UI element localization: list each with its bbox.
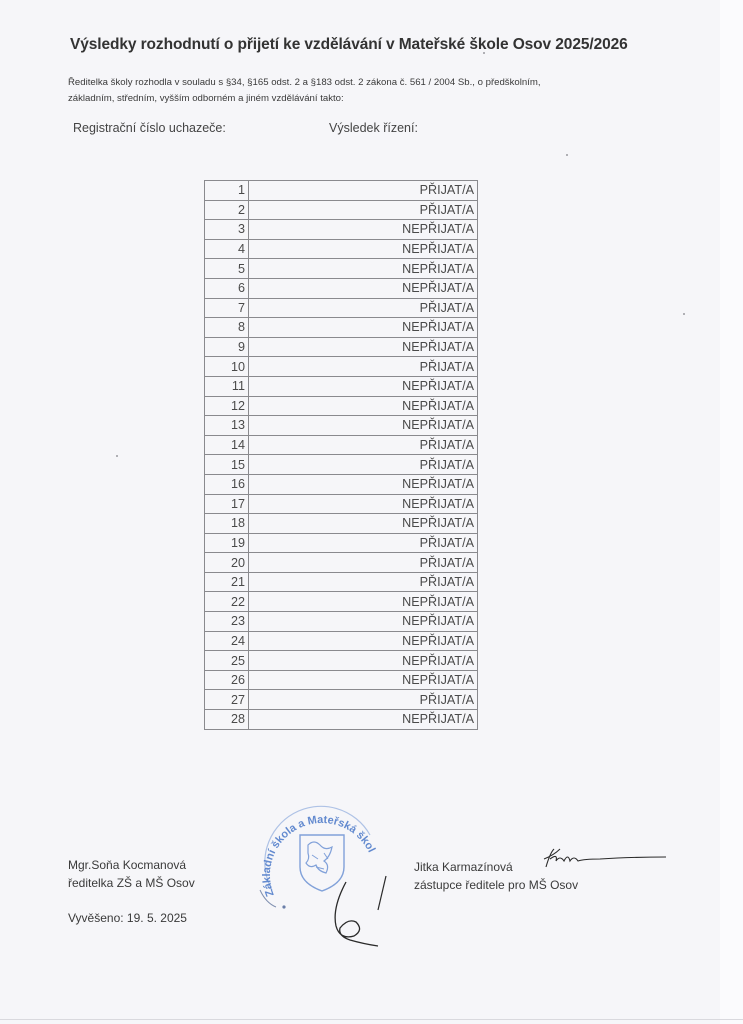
result-label: Výsledek řízení: (329, 121, 418, 135)
registration-number-cell: 4 (205, 239, 249, 259)
table-row: 19PŘIJAT/A (205, 533, 478, 553)
result-cell: PŘIJAT/A (249, 200, 478, 220)
registration-number-cell: 26 (205, 670, 249, 690)
table-row: 22NEPŘIJAT/A (205, 592, 478, 612)
result-cell: NEPŘIJAT/A (249, 318, 478, 338)
result-cell: NEPŘIJAT/A (249, 651, 478, 671)
result-cell: PŘIJAT/A (249, 435, 478, 455)
result-cell: NEPŘIJAT/A (249, 416, 478, 436)
table-row: 18NEPŘIJAT/A (205, 514, 478, 534)
table-row: 4NEPŘIJAT/A (205, 239, 478, 259)
table-row: 9NEPŘIJAT/A (205, 337, 478, 357)
registration-number-cell: 11 (205, 376, 249, 396)
registration-number-cell: 3 (205, 220, 249, 240)
registration-number-label: Registrační číslo uchazeče: (73, 121, 226, 135)
result-cell: NEPŘIJAT/A (249, 396, 478, 416)
table-row: 6NEPŘIJAT/A (205, 278, 478, 298)
deputy-handwritten-signature-icon (540, 845, 670, 875)
table-row: 11NEPŘIJAT/A (205, 376, 478, 396)
result-cell: PŘIJAT/A (249, 455, 478, 475)
intro-line-1: Ředitelka školy rozhodla v souladu s §34… (68, 75, 668, 91)
table-row: 15PŘIJAT/A (205, 455, 478, 475)
director-signature-block: Mgr.Soňa Kocmanová ředitelka ZŠ a MŠ Oso… (68, 856, 195, 892)
result-cell: NEPŘIJAT/A (249, 220, 478, 240)
table-row: 26NEPŘIJAT/A (205, 670, 478, 690)
results-table: 1PŘIJAT/A2PŘIJAT/A3NEPŘIJAT/A4NEPŘIJAT/A… (204, 180, 478, 730)
deputy-role: zástupce ředitele pro MŠ Osov (414, 876, 578, 894)
table-row: 23NEPŘIJAT/A (205, 612, 478, 632)
intro-paragraph: Ředitelka školy rozhodla v souladu s §34… (68, 75, 668, 107)
result-cell: NEPŘIJAT/A (249, 710, 478, 730)
registration-number-cell: 13 (205, 416, 249, 436)
registration-number-cell: 16 (205, 474, 249, 494)
result-cell: NEPŘIJAT/A (249, 376, 478, 396)
result-cell: PŘIJAT/A (249, 357, 478, 377)
registration-number-cell: 19 (205, 533, 249, 553)
director-handwritten-signature-icon (320, 870, 400, 950)
result-cell: NEPŘIJAT/A (249, 278, 478, 298)
table-row: 27PŘIJAT/A (205, 690, 478, 710)
table-row: 2PŘIJAT/A (205, 200, 478, 220)
result-cell: NEPŘIJAT/A (249, 494, 478, 514)
registration-number-cell: 14 (205, 435, 249, 455)
table-row: 17NEPŘIJAT/A (205, 494, 478, 514)
table-row: 8NEPŘIJAT/A (205, 318, 478, 338)
table-row: 28NEPŘIJAT/A (205, 710, 478, 730)
table-row: 13NEPŘIJAT/A (205, 416, 478, 436)
director-name: Mgr.Soňa Kocmanová (68, 856, 195, 874)
registration-number-cell: 17 (205, 494, 249, 514)
result-cell: PŘIJAT/A (249, 298, 478, 318)
registration-number-cell: 24 (205, 631, 249, 651)
result-cell: PŘIJAT/A (249, 181, 478, 201)
registration-number-cell: 7 (205, 298, 249, 318)
table-row: 25NEPŘIJAT/A (205, 651, 478, 671)
result-cell: NEPŘIJAT/A (249, 259, 478, 279)
registration-number-cell: 18 (205, 514, 249, 534)
registration-number-cell: 28 (205, 710, 249, 730)
result-cell: NEPŘIJAT/A (249, 592, 478, 612)
registration-number-cell: 8 (205, 318, 249, 338)
table-row: 3NEPŘIJAT/A (205, 220, 478, 240)
registration-number-cell: 23 (205, 612, 249, 632)
table-row: 5NEPŘIJAT/A (205, 259, 478, 279)
document-title: Výsledky rozhodnutí o přijetí ke vzděláv… (70, 36, 628, 54)
table-row: 20PŘIJAT/A (205, 553, 478, 573)
result-cell: PŘIJAT/A (249, 572, 478, 592)
registration-number-cell: 27 (205, 690, 249, 710)
scan-speck (683, 313, 685, 315)
registration-number-cell: 6 (205, 278, 249, 298)
result-cell: NEPŘIJAT/A (249, 514, 478, 534)
result-cell: NEPŘIJAT/A (249, 631, 478, 651)
registration-number-cell: 1 (205, 181, 249, 201)
table-row: 24NEPŘIJAT/A (205, 631, 478, 651)
registration-number-cell: 5 (205, 259, 249, 279)
result-cell: NEPŘIJAT/A (249, 337, 478, 357)
registration-number-cell: 2 (205, 200, 249, 220)
result-cell: NEPŘIJAT/A (249, 670, 478, 690)
registration-number-cell: 12 (205, 396, 249, 416)
table-row: 16NEPŘIJAT/A (205, 474, 478, 494)
scan-edge (720, 0, 743, 1024)
result-cell: PŘIJAT/A (249, 690, 478, 710)
scan-bottom-edge (0, 1019, 743, 1020)
table-row: 14PŘIJAT/A (205, 435, 478, 455)
registration-number-cell: 21 (205, 572, 249, 592)
result-cell: NEPŘIJAT/A (249, 612, 478, 632)
posted-date: Vyvěšeno: 19. 5. 2025 (68, 911, 187, 925)
result-cell: PŘIJAT/A (249, 533, 478, 553)
table-row: 21PŘIJAT/A (205, 572, 478, 592)
table-row: 1PŘIJAT/A (205, 181, 478, 201)
registration-number-cell: 10 (205, 357, 249, 377)
registration-number-cell: 9 (205, 337, 249, 357)
registration-number-cell: 20 (205, 553, 249, 573)
scan-speck (566, 154, 568, 156)
table-row: 10PŘIJAT/A (205, 357, 478, 377)
director-role: ředitelka ZŠ a MŠ Osov (68, 874, 195, 892)
registration-number-cell: 25 (205, 651, 249, 671)
result-cell: NEPŘIJAT/A (249, 239, 478, 259)
table-row: 7PŘIJAT/A (205, 298, 478, 318)
scan-speck (116, 455, 118, 457)
registration-number-cell: 15 (205, 455, 249, 475)
result-cell: PŘIJAT/A (249, 553, 478, 573)
intro-line-2: základním, středním, vyšším odborném a j… (68, 91, 668, 107)
registration-number-cell: 22 (205, 592, 249, 612)
table-row: 12NEPŘIJAT/A (205, 396, 478, 416)
result-cell: NEPŘIJAT/A (249, 474, 478, 494)
